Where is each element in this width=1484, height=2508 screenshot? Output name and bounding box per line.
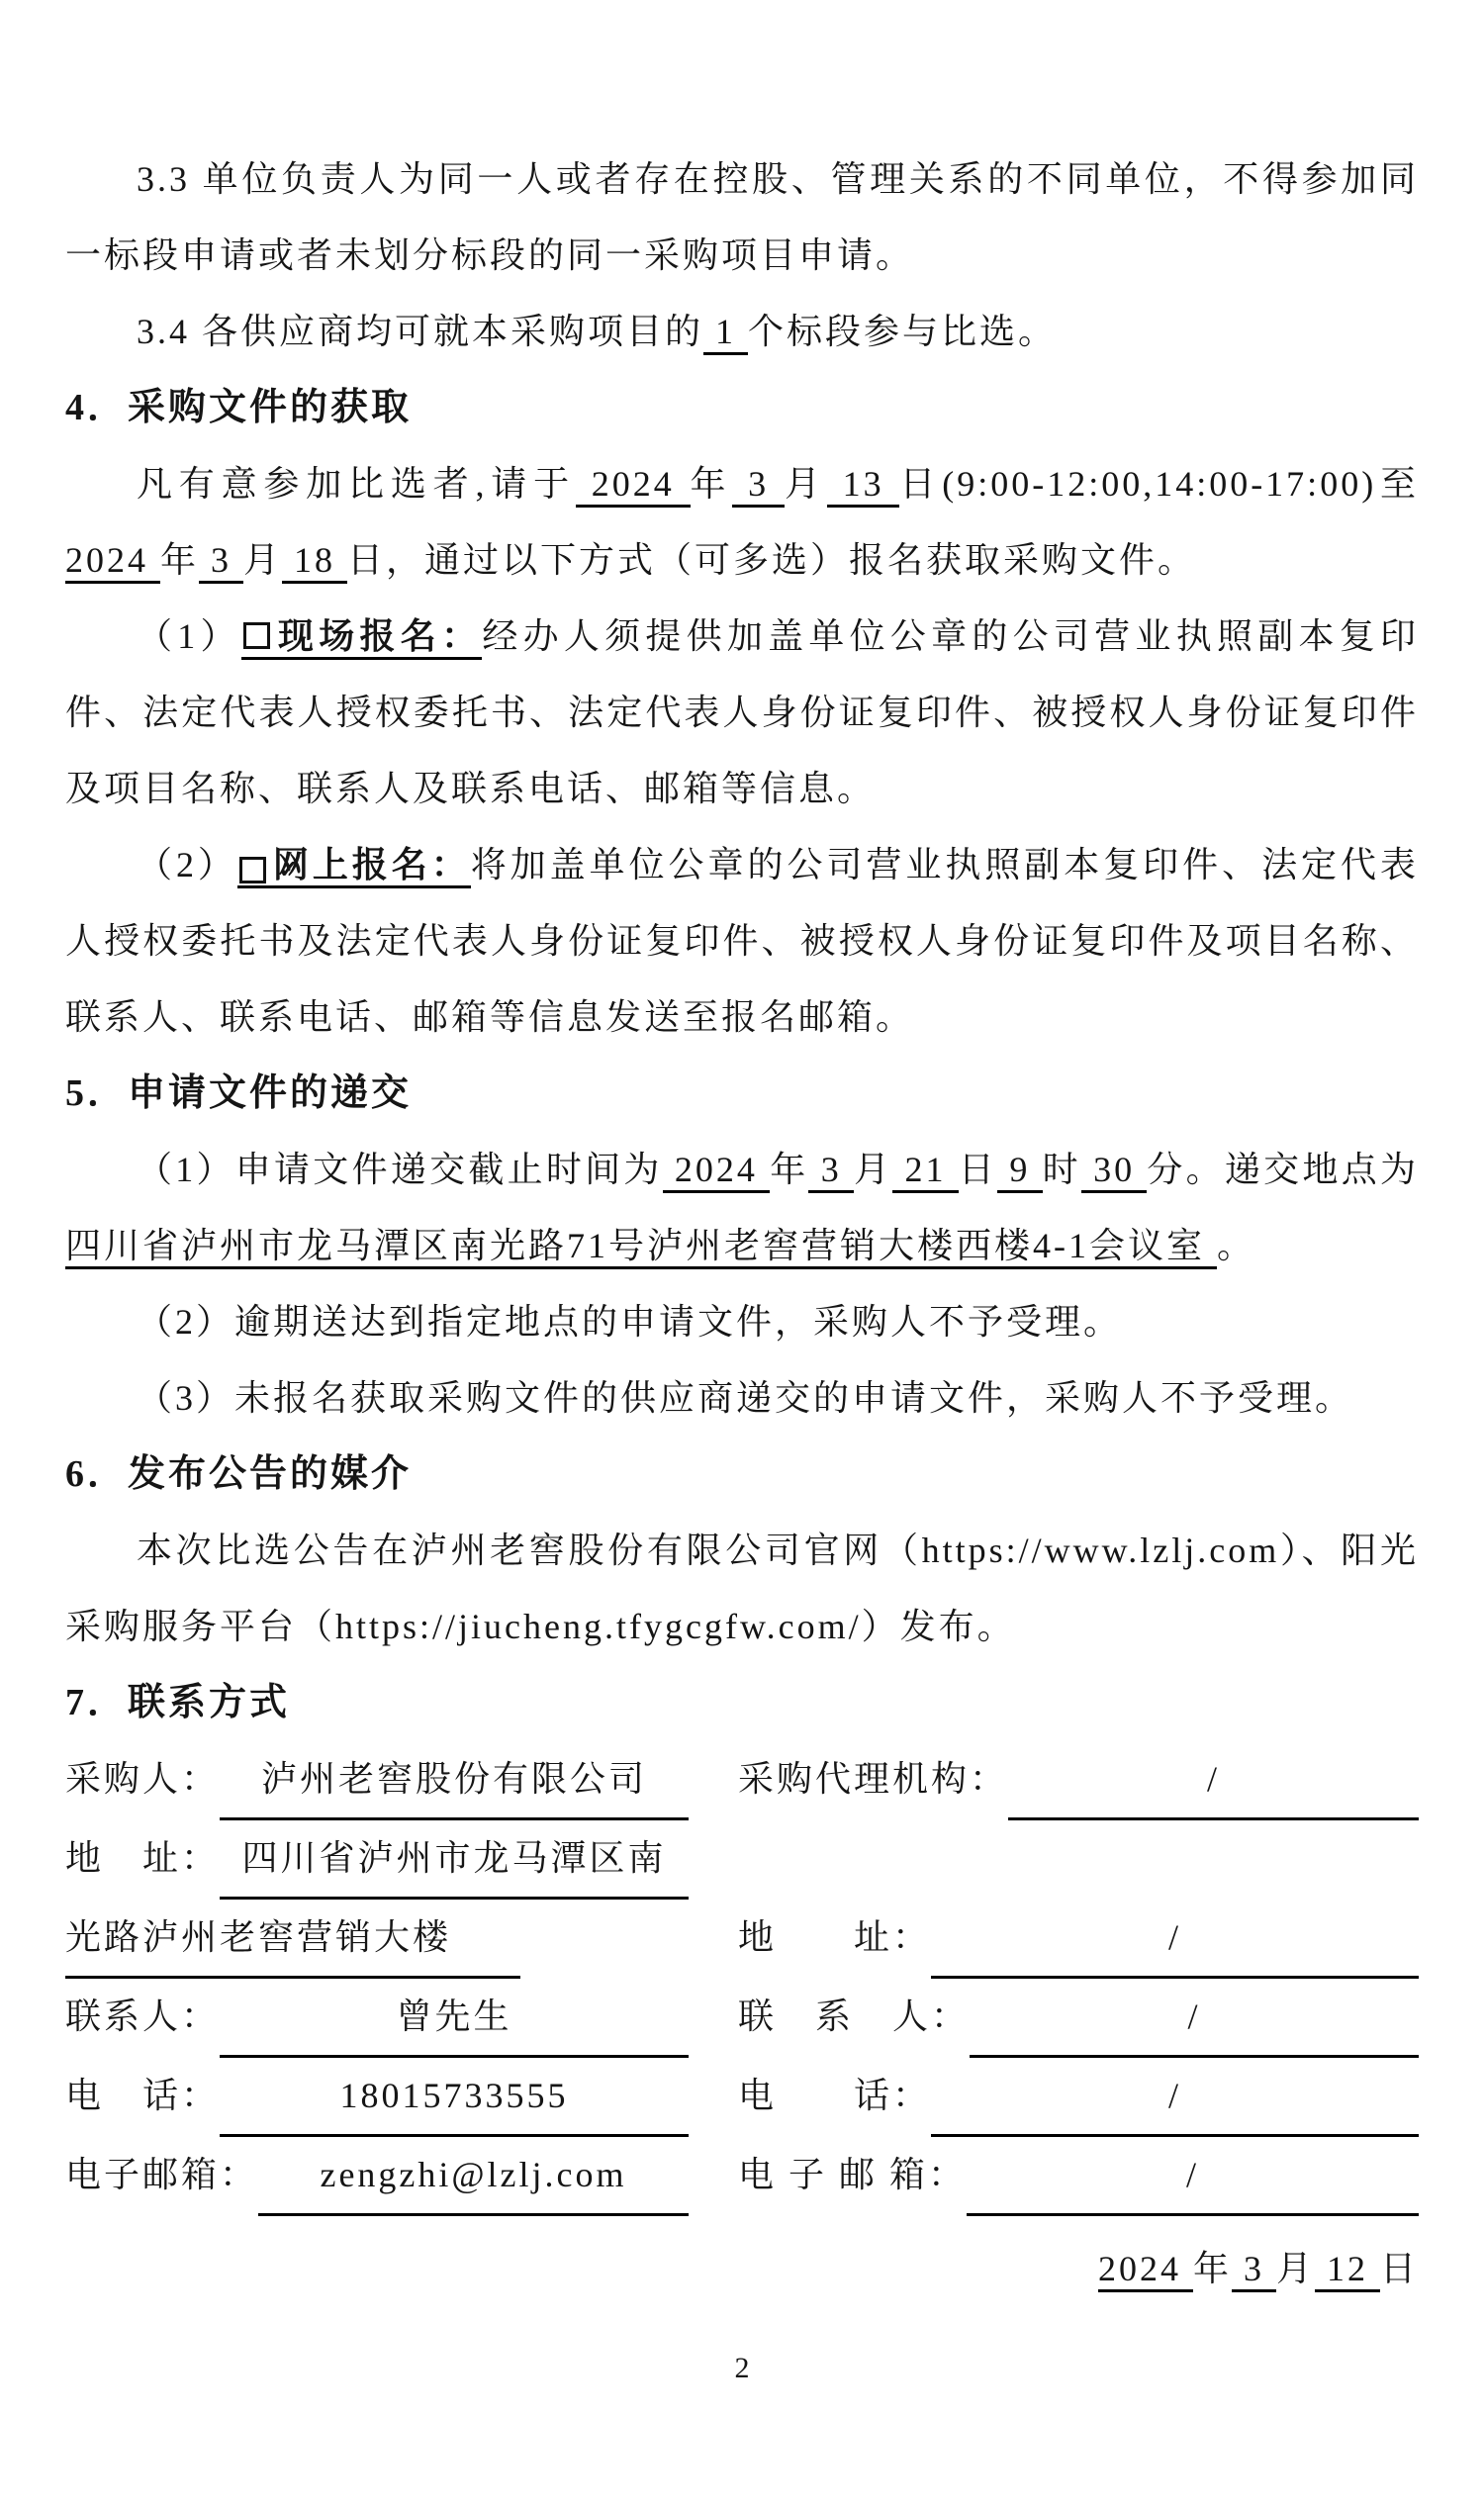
agency-phone-value: / — [931, 2058, 1419, 2137]
purchaser-address-label: 地 址： — [65, 1820, 220, 1900]
obtain-hours: 日(9:00-12:00,14:00-17:00)至 — [899, 464, 1419, 504]
paragraph-3-4-post: 个标段参与比选。 — [748, 312, 1057, 351]
field-deadline-minute: 30 — [1081, 1150, 1148, 1193]
purchaser-address-value-line1: 四川省泸州市龙马潭区南 — [220, 1820, 689, 1900]
paragraph-obtain-docs: 凡有意参加比选者,请于 2024 年 3 月 13 日(9:00-12:00,1… — [65, 446, 1419, 599]
date-month-suffix: 月 — [1276, 2249, 1315, 2288]
date-year: 2024 — [1098, 2249, 1193, 2292]
purchaser-email-label: 电子邮箱： — [65, 2137, 258, 2216]
contact-row-2: 地 址： 四川省泸州市龙马潭区南 — [65, 1820, 1419, 1900]
field-start-year: 2024 — [576, 464, 691, 508]
deadline-end: 。 — [1217, 1226, 1255, 1265]
date-day-suffix: 日 — [1380, 2249, 1419, 2288]
online-registration-label: 网上报名： — [272, 845, 471, 884]
contact-row-6: 电子邮箱： zengzhi@lzlj.com 电 子 邮 箱： / — [65, 2137, 1419, 2216]
checkbox-onsite-unchecked-icon — [243, 622, 270, 649]
label-day: 日 — [959, 1150, 997, 1189]
onsite-registration-option: 现场报名： — [241, 616, 483, 660]
document-page: 3.3 单位负责人为同一人或者存在控股、管理关系的不同单位，不得参加同一标段申请… — [0, 0, 1484, 2388]
field-start-day: 13 — [827, 464, 900, 508]
purchaser-contact-label: 联系人： — [65, 1979, 220, 2058]
field-deadline-year: 2024 — [663, 1150, 771, 1193]
agency-address-label: 地 址： — [738, 1900, 931, 1979]
field-start-month: 3 — [732, 464, 785, 508]
paragraph-3-4-pre: 3.4 各供应商均可就本采购项目的 — [137, 312, 703, 351]
purchaser-address-value-line2: 光路泸州老窖营销大楼 — [65, 1900, 520, 1979]
page-number: 2 — [65, 2349, 1419, 2388]
field-deadline-hour: 9 — [997, 1150, 1043, 1193]
label-year-3: 年 — [770, 1150, 808, 1189]
label-month-2: 月 — [243, 540, 282, 580]
contact-row-1: 采购人： 泸州老窖股份有限公司 采购代理机构： / — [65, 1741, 1419, 1820]
paragraph-late-delivery: （2）逾期送达到指定地点的申请文件，采购人不予受理。 — [65, 1284, 1419, 1360]
paragraph-online-registration: （2）✓网上报名：将加盖单位公章的公司营业执照副本复印件、法定代表人授权委托书及… — [65, 827, 1419, 1056]
section-heading-5: 5．申请文件的递交 — [65, 1056, 1419, 1132]
agency-phone-label: 电 话： — [738, 2058, 931, 2137]
purchaser-label: 采购人： — [65, 1741, 220, 1820]
label-year-2: 年 — [160, 540, 199, 580]
label-hour: 时 — [1043, 1150, 1081, 1189]
late-delivery-text: （2）逾期送达到指定地点的申请文件，采购人不予受理。 — [137, 1302, 1122, 1342]
document-date: 2024 年 3 月 12 日 — [65, 2231, 1419, 2307]
purchaser-email-value: zengzhi@lzlj.com — [258, 2137, 689, 2216]
item-number-1: （1） — [137, 616, 241, 656]
agency-contact-label: 联 系 人： — [738, 1979, 970, 2058]
paragraph-onsite-registration: （1）现场报名：经办人须提供加盖单位公章的公司营业执照副本复印件、法定代表人授权… — [65, 599, 1419, 827]
paragraph-3-3-text: 3.3 单位负责人为同一人或者存在控股、管理关系的不同单位，不得参加同一标段申请… — [65, 159, 1419, 275]
deadline-pre: （1）申请文件递交截止时间为 — [137, 1150, 663, 1189]
field-lot-count: 1 — [703, 312, 748, 355]
date-month: 3 — [1232, 2249, 1276, 2292]
agency-value: / — [1008, 1741, 1419, 1820]
contact-info-block: 采购人： 泸州老窖股份有限公司 采购代理机构： / 地 址： 四川省泸州市龙马潭… — [65, 1741, 1419, 2216]
contact-row-4: 联系人： 曾先生 联 系 人： / — [65, 1979, 1419, 2058]
section-heading-4: 4．采购文件的获取 — [65, 370, 1419, 446]
onsite-registration-label: 现场报名： — [276, 616, 483, 656]
announcement-media-text: 本次比选公告在泸州老窖股份有限公司官网（https://www.lzlj.com… — [65, 1531, 1419, 1646]
online-registration-option: ✓网上报名： — [237, 845, 471, 888]
field-deadline-month: 3 — [808, 1150, 854, 1193]
field-end-year: 2024 — [65, 540, 160, 584]
purchaser-value: 泸州老窖股份有限公司 — [220, 1741, 689, 1820]
date-day: 12 — [1315, 2249, 1380, 2292]
paragraph-submission-deadline: （1）申请文件递交截止时间为 2024 年 3 月 21 日 9 时 30 分。… — [65, 1132, 1419, 1284]
unregistered-supplier-text: （3）未报名获取采购文件的供应商递交的申请文件，采购人不予受理。 — [137, 1378, 1353, 1418]
deadline-mid: 分。递交地点为 — [1147, 1150, 1419, 1189]
field-end-month: 3 — [199, 540, 243, 584]
contact-row-5: 电 话： 18015733555 电 话： / — [65, 2058, 1419, 2137]
obtain-post: 日，通过以下方式（可多选）报名获取采购文件。 — [347, 540, 1196, 580]
purchaser-phone-label: 电 话： — [65, 2058, 220, 2137]
field-end-day: 18 — [282, 540, 347, 584]
agency-contact-value: / — [970, 1979, 1419, 2058]
section-heading-7: 7．联系方式 — [65, 1665, 1419, 1741]
purchaser-contact-value: 曾先生 — [220, 1979, 689, 2058]
field-deadline-day: 21 — [892, 1150, 959, 1193]
field-submission-address: 四川省泸州市龙马潭区南光路71号泸州老窖营销大楼西楼4-1会议室 — [65, 1226, 1217, 1269]
checkbox-online-checked-icon: ✓ — [239, 857, 266, 883]
agency-address-value: / — [931, 1900, 1419, 1979]
date-year-suffix: 年 — [1193, 2249, 1232, 2288]
purchaser-phone-value: 18015733555 — [220, 2058, 689, 2137]
agency-label: 采购代理机构： — [738, 1741, 1008, 1820]
agency-email-value: / — [967, 2137, 1419, 2216]
label-month-3: 月 — [854, 1150, 892, 1189]
paragraph-3-3: 3.3 单位负责人为同一人或者存在控股、管理关系的不同单位，不得参加同一标段申请… — [65, 141, 1419, 294]
label-month: 月 — [785, 464, 827, 504]
obtain-pre: 凡有意参加比选者,请于 — [137, 464, 576, 504]
paragraph-announcement-media: 本次比选公告在泸州老窖股份有限公司官网（https://www.lzlj.com… — [65, 1513, 1419, 1665]
label-year: 年 — [691, 464, 733, 504]
contact-row-3: 光路泸州老窖营销大楼 地 址： / — [65, 1900, 1419, 1979]
section-heading-6: 6．发布公告的媒介 — [65, 1437, 1419, 1513]
paragraph-3-4: 3.4 各供应商均可就本采购项目的 1 个标段参与比选。 — [65, 294, 1419, 370]
agency-email-label: 电 子 邮 箱： — [738, 2137, 967, 2216]
paragraph-unregistered-supplier: （3）未报名获取采购文件的供应商递交的申请文件，采购人不予受理。 — [65, 1360, 1419, 1437]
